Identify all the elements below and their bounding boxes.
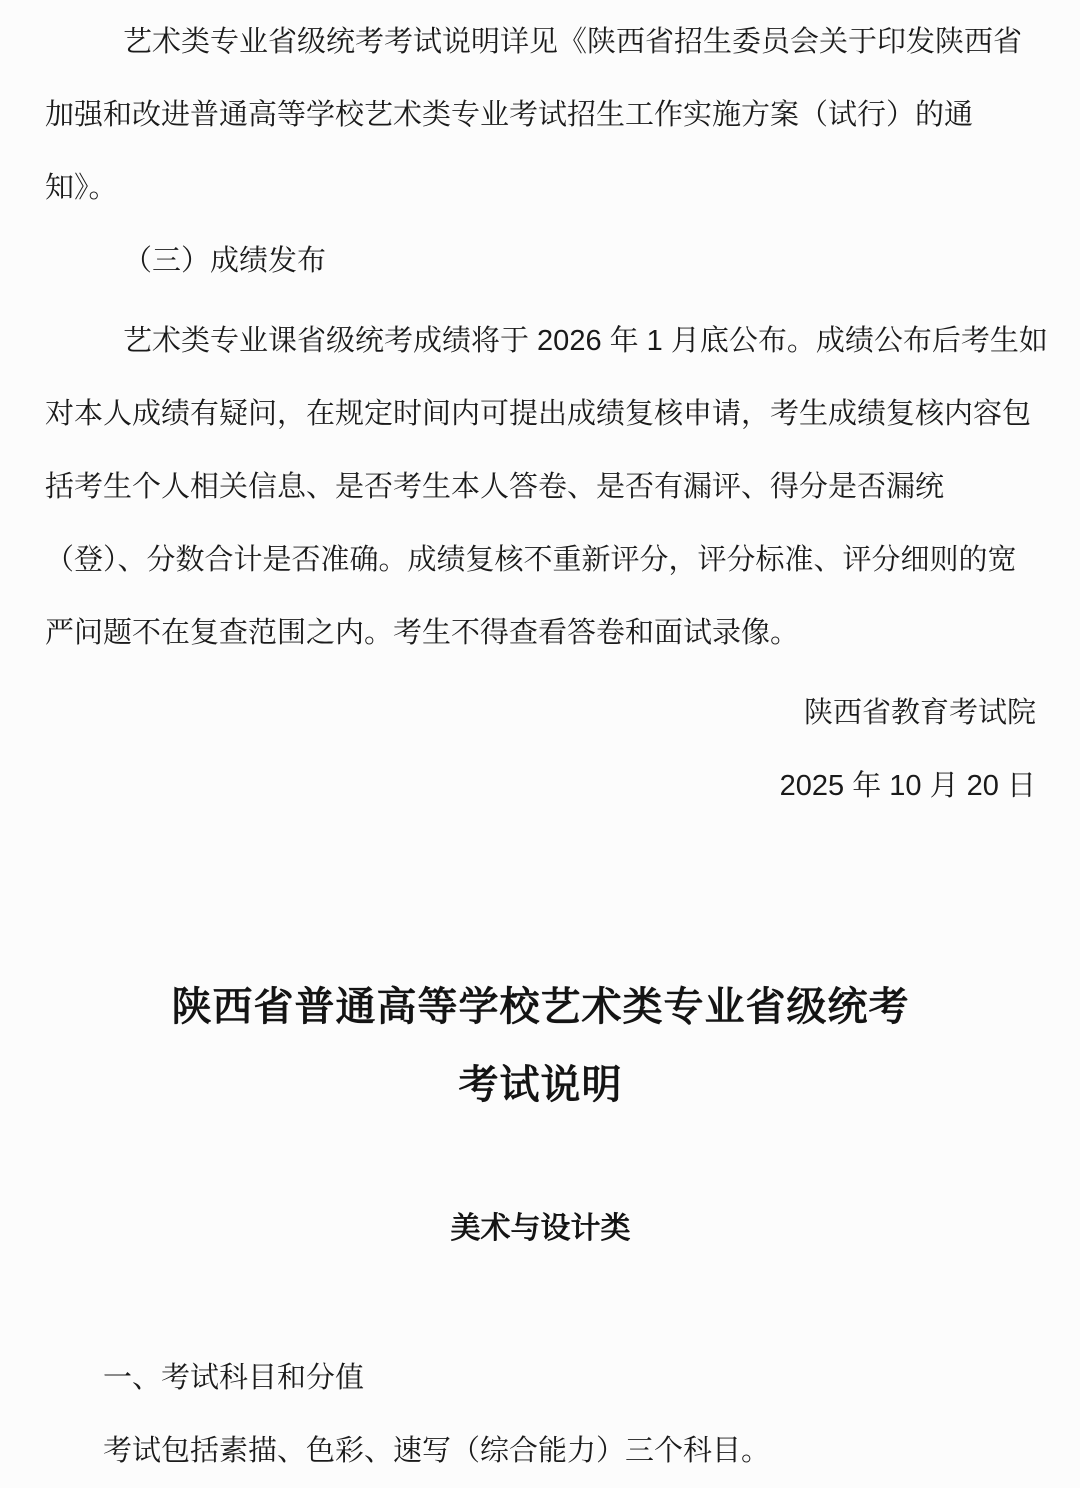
issuer-signature: 陕西省教育考试院 <box>45 677 1036 750</box>
paragraph-line: 艺术类专业课省级统考成绩将于 2026 年 1 月底公布。成绩公布后考生如 <box>45 305 1036 378</box>
exam-subjects-body: 考试包括素描、色彩、速写（综合能力）三个科目。 <box>45 1415 1036 1488</box>
document-title: 陕西省普通高等学校艺术类专业省级统考 考试说明 <box>45 968 1036 1124</box>
document-title-line2: 考试说明 <box>45 1046 1036 1124</box>
paragraph-line: 加强和改进普通高等学校艺术类专业考试招生工作实施方案（试行）的通 <box>45 79 1036 152</box>
document-subtitle: 美术与设计类 <box>45 1192 1036 1265</box>
document-page: 艺术类专业省级统考考试说明详见《陕西省招生委员会关于印发陕西省 加强和改进普通高… <box>0 0 1080 1488</box>
section-heading-score-release: （三）成绩发布 <box>45 225 1036 298</box>
exam-subjects-heading: 一、考试科目和分值 <box>45 1342 1036 1415</box>
section-heading-text: （三）成绩发布 <box>45 225 1036 298</box>
document-content: 艺术类专业省级统考考试说明详见《陕西省招生委员会关于印发陕西省 加强和改进普通高… <box>0 0 1080 1488</box>
paragraph-line: 知》。 <box>45 152 1036 225</box>
paragraph-line: 括考生个人相关信息、是否考生本人答卷、是否有漏评、得分是否漏统 <box>45 451 1036 524</box>
issue-date: 2025 年 10 月 20 日 <box>45 750 1036 823</box>
paragraph-notice: 艺术类专业省级统考考试说明详见《陕西省招生委员会关于印发陕西省 加强和改进普通高… <box>45 6 1036 225</box>
paragraph-line: （登）、分数合计是否准确。成绩复核不重新评分，评分标准、评分细则的宽 <box>45 524 1036 597</box>
paragraph-score-release: 艺术类专业课省级统考成绩将于 2026 年 1 月底公布。成绩公布后考生如 对本… <box>45 305 1036 670</box>
paragraph-line: 艺术类专业省级统考考试说明详见《陕西省招生委员会关于印发陕西省 <box>45 6 1036 79</box>
paragraph-line: 对本人成绩有疑问，在规定时间内可提出成绩复核申请，考生成绩复核内容包 <box>45 378 1036 451</box>
paragraph-line: 严问题不在复查范围之内。考生不得查看答卷和面试录像。 <box>45 597 1036 670</box>
document-title-line1: 陕西省普通高等学校艺术类专业省级统考 <box>45 968 1036 1046</box>
